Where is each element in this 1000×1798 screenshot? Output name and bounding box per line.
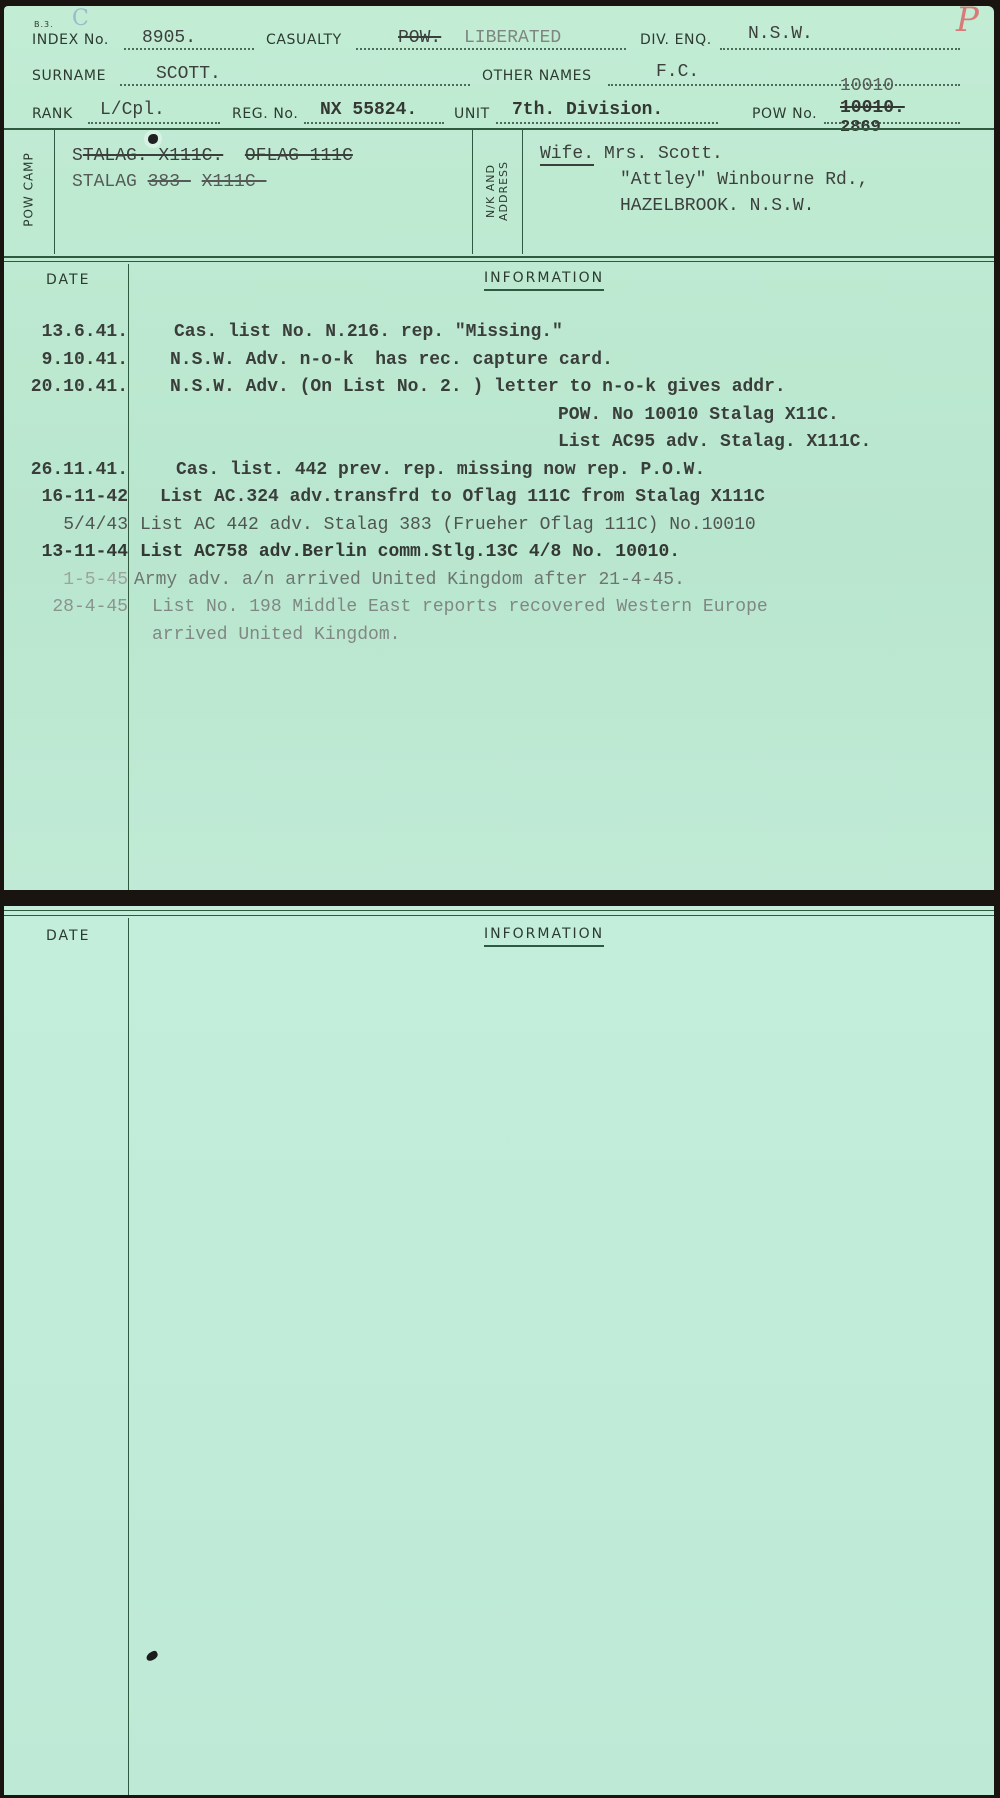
div-enq-value: N.S.W. bbox=[748, 24, 813, 44]
unit-label: UNIT bbox=[454, 106, 490, 122]
pow-camp-line1: STALAG.-X111C. OFLAG-111C bbox=[72, 146, 353, 166]
casualty-dots bbox=[356, 48, 626, 50]
casualty-label: CASUALTY bbox=[266, 32, 342, 48]
back-date-column-divider bbox=[128, 918, 129, 1795]
rank-dots bbox=[88, 122, 220, 124]
date-header: DATE bbox=[46, 272, 90, 288]
entry-date: 13-11-44 bbox=[4, 542, 128, 562]
ink-blot bbox=[145, 1650, 159, 1662]
entry-date: 26.11.41. bbox=[4, 460, 128, 480]
pow-camp-label-divider bbox=[54, 130, 55, 254]
pow-camp-line2-prefix: STALAG bbox=[72, 172, 148, 192]
entry-date: 1-5-45 bbox=[4, 570, 128, 590]
pow-no-value-above: 10010 bbox=[840, 76, 894, 96]
reg-no-dots bbox=[304, 122, 444, 124]
form-code: B.3. bbox=[34, 20, 54, 29]
entry-text: arrived United Kingdom. bbox=[152, 625, 400, 645]
pow-block-divider-b bbox=[4, 261, 994, 262]
header-divider bbox=[4, 128, 994, 130]
pow-no-label: POW No. bbox=[752, 106, 817, 122]
pow-camp-label: POW CAMP bbox=[23, 145, 36, 235]
entry-text: Cas. list. 442 prev. rep. missing now re… bbox=[176, 460, 705, 480]
pow-camp-line1-struck-b: OFLAG-111C bbox=[245, 146, 353, 166]
unit-dots bbox=[496, 122, 718, 124]
back-top-rule-a bbox=[4, 910, 994, 911]
entry-date: 28-4-45 bbox=[4, 597, 128, 617]
entry-text: N.S.W. Adv. n-o-k has rec. capture card. bbox=[170, 350, 613, 370]
entry-text: N.S.W. Adv. (On List No. 2. ) letter to … bbox=[170, 377, 786, 397]
casualty-struck-value: POW. bbox=[398, 28, 441, 48]
entry-text: List AC758 adv.Berlin comm.Stlg.13C 4/8 … bbox=[140, 542, 680, 562]
pow-no-struck-value: 10010. bbox=[840, 98, 905, 118]
entry-text: List AC95 adv. Stalag. X111C. bbox=[558, 432, 871, 452]
other-names-label: OTHER NAMES bbox=[482, 68, 592, 84]
reg-no-label: REG. No. bbox=[232, 106, 298, 122]
pow-camp-line2-struck-a: 383- bbox=[148, 172, 191, 192]
entry-date: 5/4/43 bbox=[4, 515, 128, 535]
reg-no-value: NX 55824. bbox=[320, 100, 417, 120]
surname-dots bbox=[120, 84, 470, 86]
back-top-rule-b bbox=[4, 915, 994, 916]
index-no-dots bbox=[124, 48, 254, 50]
index-no-label: INDEX No. bbox=[32, 32, 109, 48]
blue-pencil-mark: C bbox=[72, 6, 89, 31]
nok-label-line1: N/K AND bbox=[484, 164, 497, 218]
entry-text: List AC 442 adv. Stalag 383 (Frueher Ofl… bbox=[140, 515, 756, 535]
surname-label: SURNAME bbox=[32, 68, 106, 84]
back-information-header: INFORMATION bbox=[484, 926, 604, 947]
nok-label-line2: ADDRESS bbox=[497, 161, 510, 221]
information-entries: 13.6.41.Cas. list No. N.216. rep. "Missi… bbox=[4, 322, 994, 890]
entry-date: 9.10.41. bbox=[4, 350, 128, 370]
nok-address-line1: "Attley" Winbourne Rd., bbox=[620, 170, 868, 190]
index-no-value: 8905. bbox=[142, 28, 196, 48]
div-enq-label: DIV. ENQ. bbox=[640, 32, 712, 48]
pow-camp-line2: STALAG 383- X111C- bbox=[72, 172, 266, 192]
entry-text: List No. 198 Middle East reports recover… bbox=[152, 597, 768, 617]
casualty-value: LIBERATED bbox=[464, 28, 561, 48]
nok-relation: Wife. bbox=[540, 144, 594, 164]
rank-value: L/Cpl. bbox=[100, 100, 165, 120]
entry-text: Army adv. a/n arrived United Kingdom aft… bbox=[134, 570, 685, 590]
entry-date: 20.10.41. bbox=[4, 377, 128, 397]
unit-value: 7th. Division. bbox=[512, 100, 663, 120]
card-back: DATE INFORMATION bbox=[4, 906, 994, 1795]
information-header: INFORMATION bbox=[484, 270, 604, 291]
pow-block-divider-a bbox=[4, 256, 994, 258]
nok-address-line2: HAZELBROOK. N.S.W. bbox=[620, 196, 814, 216]
card-front: B.3. C P INDEX No. 8905. CASUALTY POW. L… bbox=[4, 6, 994, 890]
nok-left-divider bbox=[472, 130, 473, 254]
back-date-header: DATE bbox=[46, 928, 90, 944]
pow-camp-line1-prefix: S bbox=[72, 146, 83, 166]
div-enq-dots bbox=[720, 48, 960, 50]
entry-date: 16-11-42 bbox=[4, 487, 128, 507]
entry-text: POW. No 10010 Stalag X11C. bbox=[558, 405, 839, 425]
nok-label-divider bbox=[522, 130, 523, 254]
entry-text: List AC.324 adv.transfrd to Oflag 111C f… bbox=[160, 487, 765, 507]
entry-date: 13.6.41. bbox=[4, 322, 128, 342]
nok-label: N/K AND ADDRESS bbox=[484, 146, 510, 236]
pow-camp-line2-struck-b: X111C- bbox=[202, 172, 267, 192]
nok-name: Mrs. Scott. bbox=[604, 144, 723, 164]
punch-hole bbox=[148, 134, 158, 144]
rank-label: RANK bbox=[32, 106, 73, 122]
entry-text: Cas. list No. N.216. rep. "Missing." bbox=[174, 322, 563, 342]
pow-camp-line1-struck-a: TALAG.-X111C. bbox=[83, 146, 223, 166]
other-names-value: F.C. bbox=[656, 62, 699, 82]
surname-value: SCOTT. bbox=[156, 64, 221, 84]
red-pencil-mark: P bbox=[956, 0, 979, 40]
other-names-dots bbox=[608, 84, 960, 86]
